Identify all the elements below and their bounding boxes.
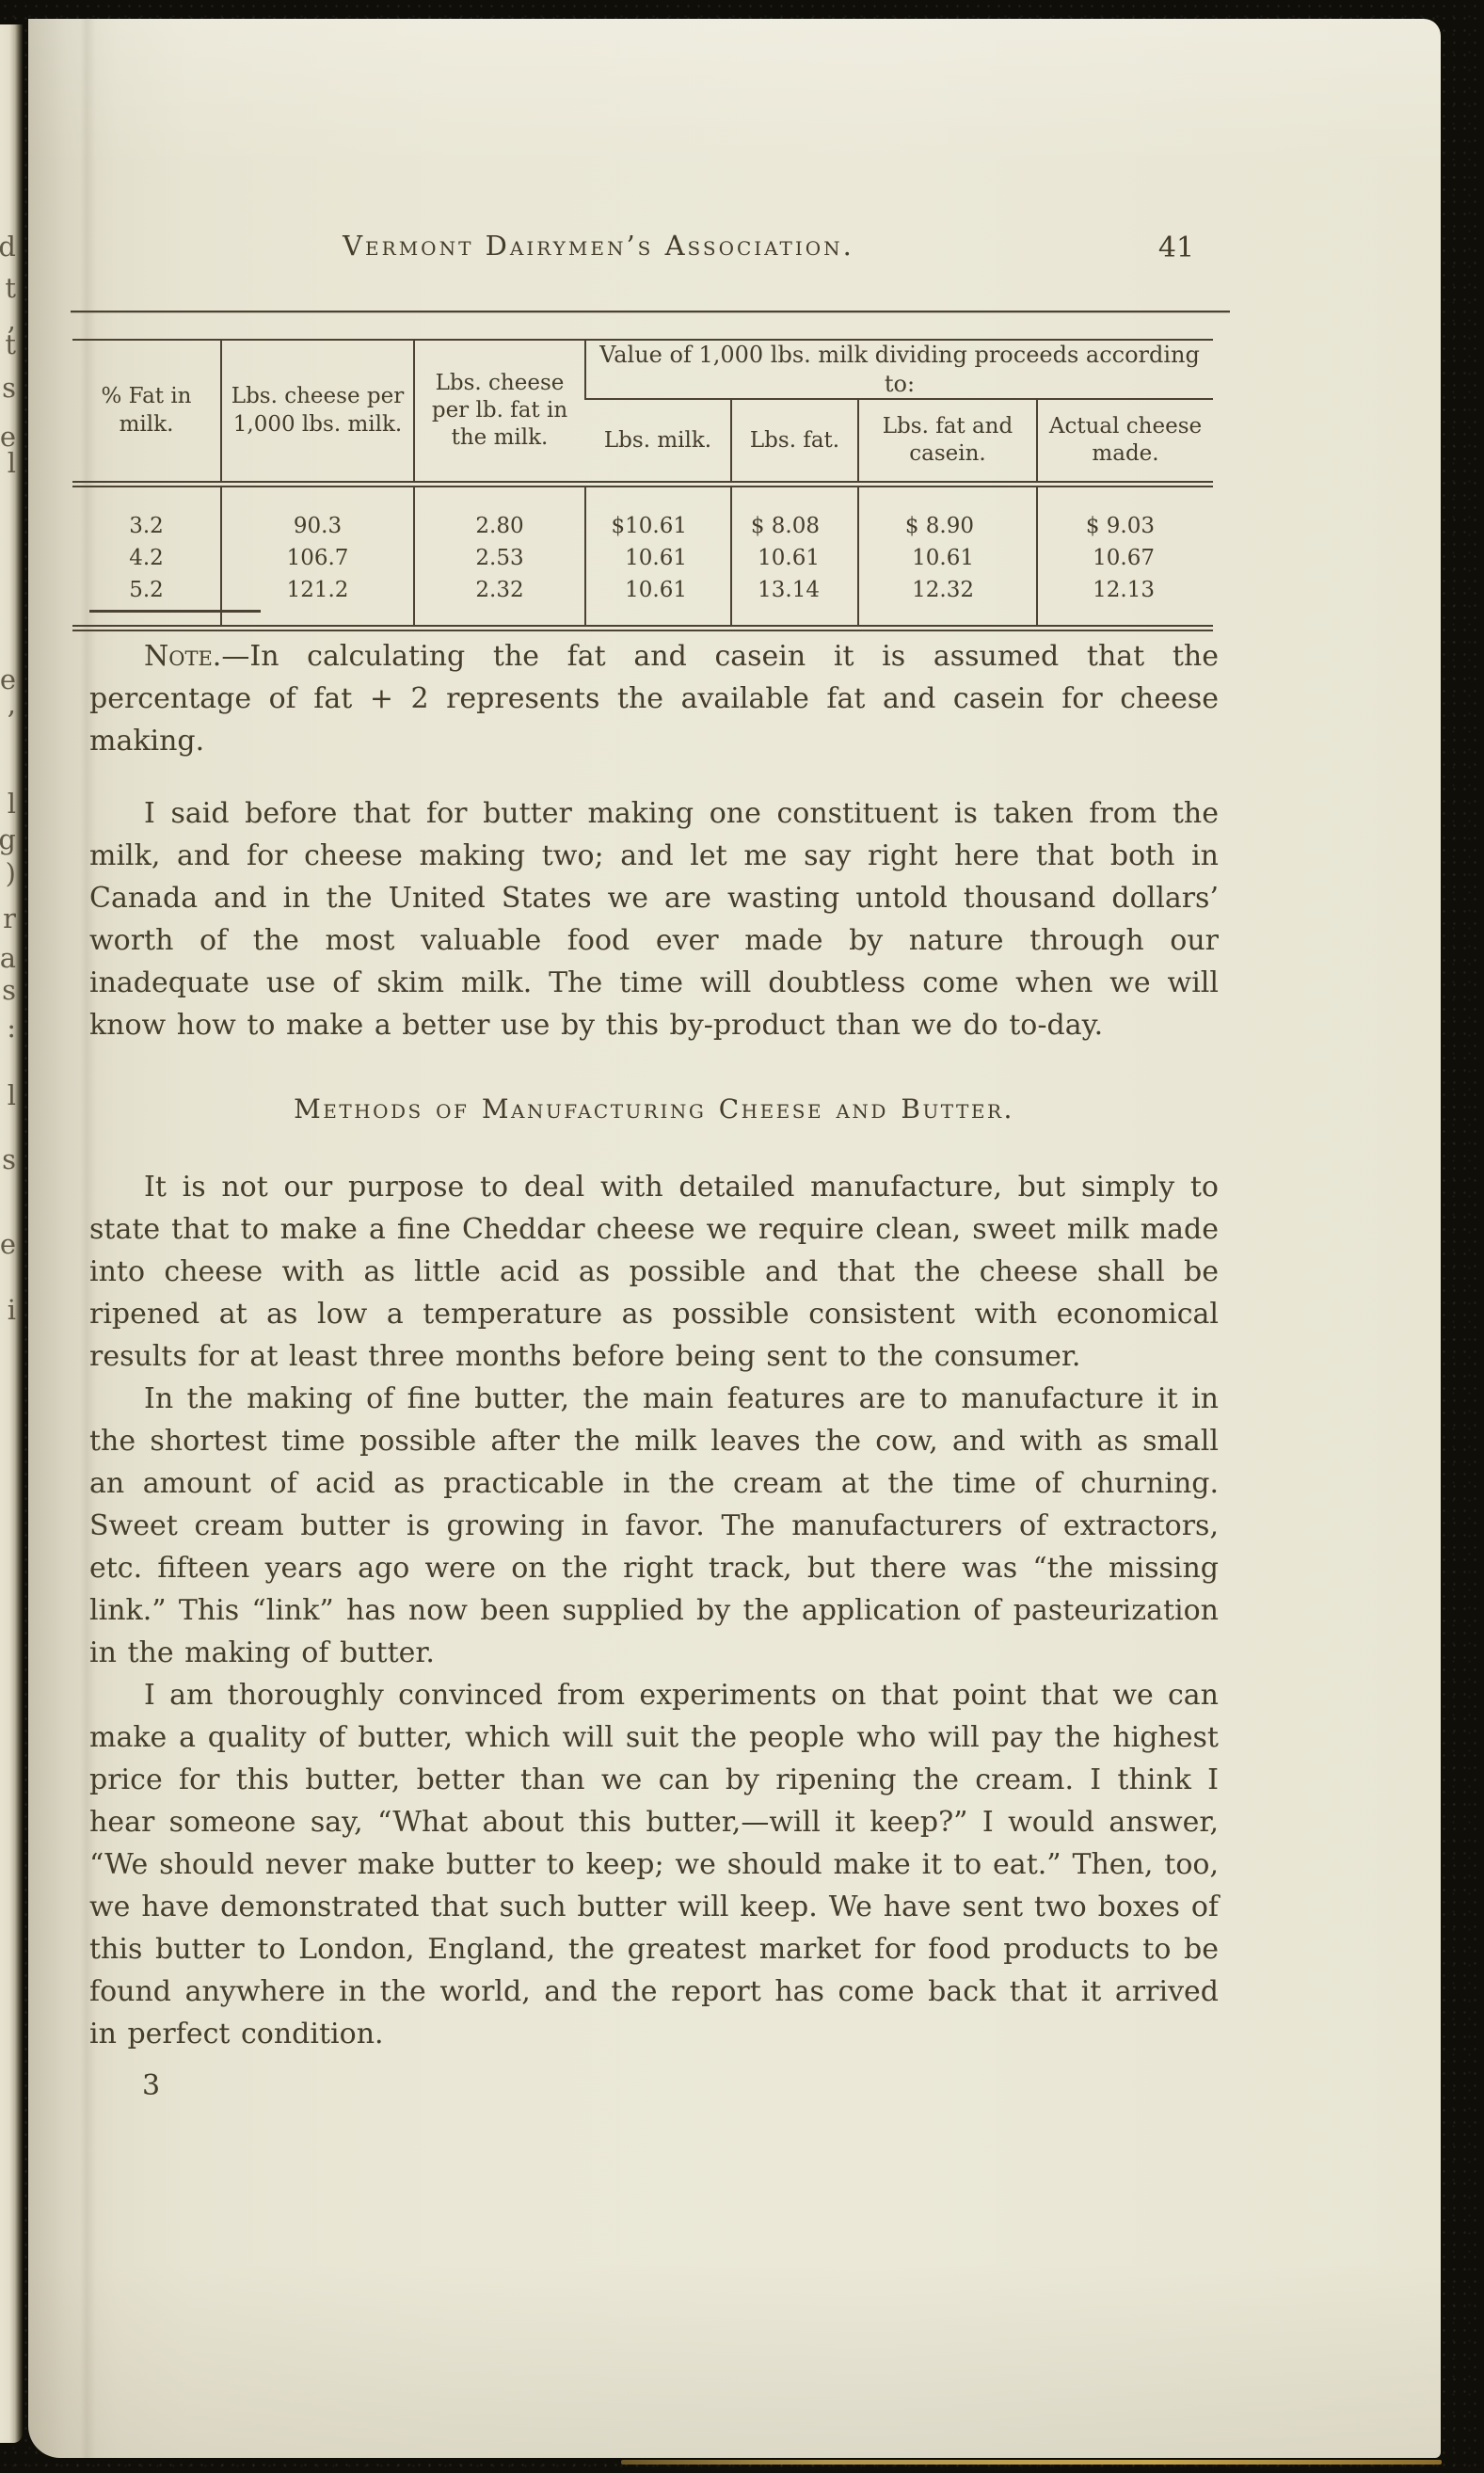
gutter-fragment: ): [6, 860, 16, 887]
table-cell: 3.2: [72, 485, 221, 543]
gilt-page-edge: [621, 2460, 1442, 2465]
gutter-fragment: s: [2, 1146, 16, 1173]
gutter-fragment: s: [2, 375, 16, 402]
page-number: 41: [1139, 231, 1214, 264]
table-row: 3.2 90.3 2.80 $10.61 $ 8.08 $ 8.90 $ 9.0…: [72, 485, 1213, 543]
table-cell: $10.61: [585, 485, 731, 543]
page-sheet: Vermont Dairymen’s Association. 41 % Fat…: [28, 19, 1441, 2458]
gutter-fragment: t: [5, 331, 16, 359]
head-rule: [71, 311, 1230, 312]
gutter-fragment: e: [0, 1231, 16, 1258]
gutter-fragment: i: [8, 1297, 16, 1324]
table-cell: 106.7: [221, 542, 414, 574]
gutter-fragment: l: [8, 1082, 16, 1109]
signature-mark: 3: [142, 2065, 1219, 2107]
gutter-fragment: :: [7, 1014, 16, 1042]
gutter-fragment: r: [3, 905, 16, 933]
facing-page-edge: d t , t s e l e , l g ) r a s : l s e i: [0, 24, 23, 2443]
gutter-fragment: t: [5, 275, 16, 302]
gutter-fragment: l: [8, 450, 16, 477]
column-header-cheese-per-1000: Lbs. cheese per 1,000 lbs. milk.: [221, 340, 414, 485]
gutter-fragment: ,: [8, 691, 16, 718]
table-row: 4.2 106.7 2.53 10.61 10.61 10.61 10.67: [72, 542, 1213, 574]
scan-surface: { "page": { "running_head": "Vermont Dai…: [0, 0, 1484, 2473]
column-header-lbs-fat-casein: Lbs. fat and casein.: [858, 399, 1037, 485]
table-cell: 90.3: [221, 485, 414, 543]
note-label: Note.: [144, 640, 221, 673]
column-header-fat-in-milk: % Fat in milk.: [72, 340, 221, 485]
gutter-fragment: l: [8, 790, 16, 818]
gutter-fragment: s: [2, 977, 16, 1004]
table-cell: 2.53: [414, 542, 585, 574]
table-cell: 4.2: [72, 542, 221, 574]
table-cell: 2.80: [414, 485, 585, 543]
body-paragraph-1: I said before that for butter making one…: [89, 792, 1219, 1046]
table-cell: $ 8.08: [731, 485, 858, 543]
note-paragraph: Note.—In calculating the fat and casein …: [89, 635, 1219, 762]
column-header-actual-cheese: Actual cheese made.: [1037, 399, 1213, 485]
span-header-value-of-milk: Value of 1,000 lbs. milk dividing procee…: [585, 340, 1213, 399]
column-header-lbs-fat: Lbs. fat.: [731, 399, 858, 485]
section-heading: Methods of Manufacturing Cheese and Butt…: [89, 1088, 1219, 1130]
proceeds-table: % Fat in milk. Lbs. cheese per 1,000 lbs…: [72, 339, 1213, 631]
column-header-cheese-per-lb-fat: Lbs. cheese per lb. fat in the milk.: [414, 340, 585, 485]
gutter-fragment: d: [0, 233, 16, 261]
body-paragraph-2: It is not our purpose to deal with detai…: [89, 1166, 1219, 1378]
column-header-lbs-milk: Lbs. milk.: [585, 399, 731, 485]
table-cell: 10.61: [858, 542, 1037, 574]
table-cell: $ 9.03: [1037, 485, 1213, 543]
body-paragraph-3: In the making of fine butter, the main f…: [89, 1378, 1219, 1674]
table-cell: 10.61: [585, 542, 731, 574]
note-text: —In calculating the fat and casein it is…: [89, 640, 1219, 758]
section-divider-rule: [89, 610, 261, 613]
table-cell: 10.61: [731, 542, 858, 574]
body-paragraph-4: I am thoroughly convinced from experimen…: [89, 1674, 1219, 2055]
table-cell: $ 8.90: [858, 485, 1037, 543]
table-cell: 10.67: [1037, 542, 1213, 574]
page-body: Note.—In calculating the fat and casein …: [89, 610, 1219, 2107]
gutter-fragment: g: [0, 826, 16, 854]
gutter-fragment: a: [0, 945, 16, 972]
running-head: Vermont Dairymen’s Association.: [71, 230, 1211, 262]
